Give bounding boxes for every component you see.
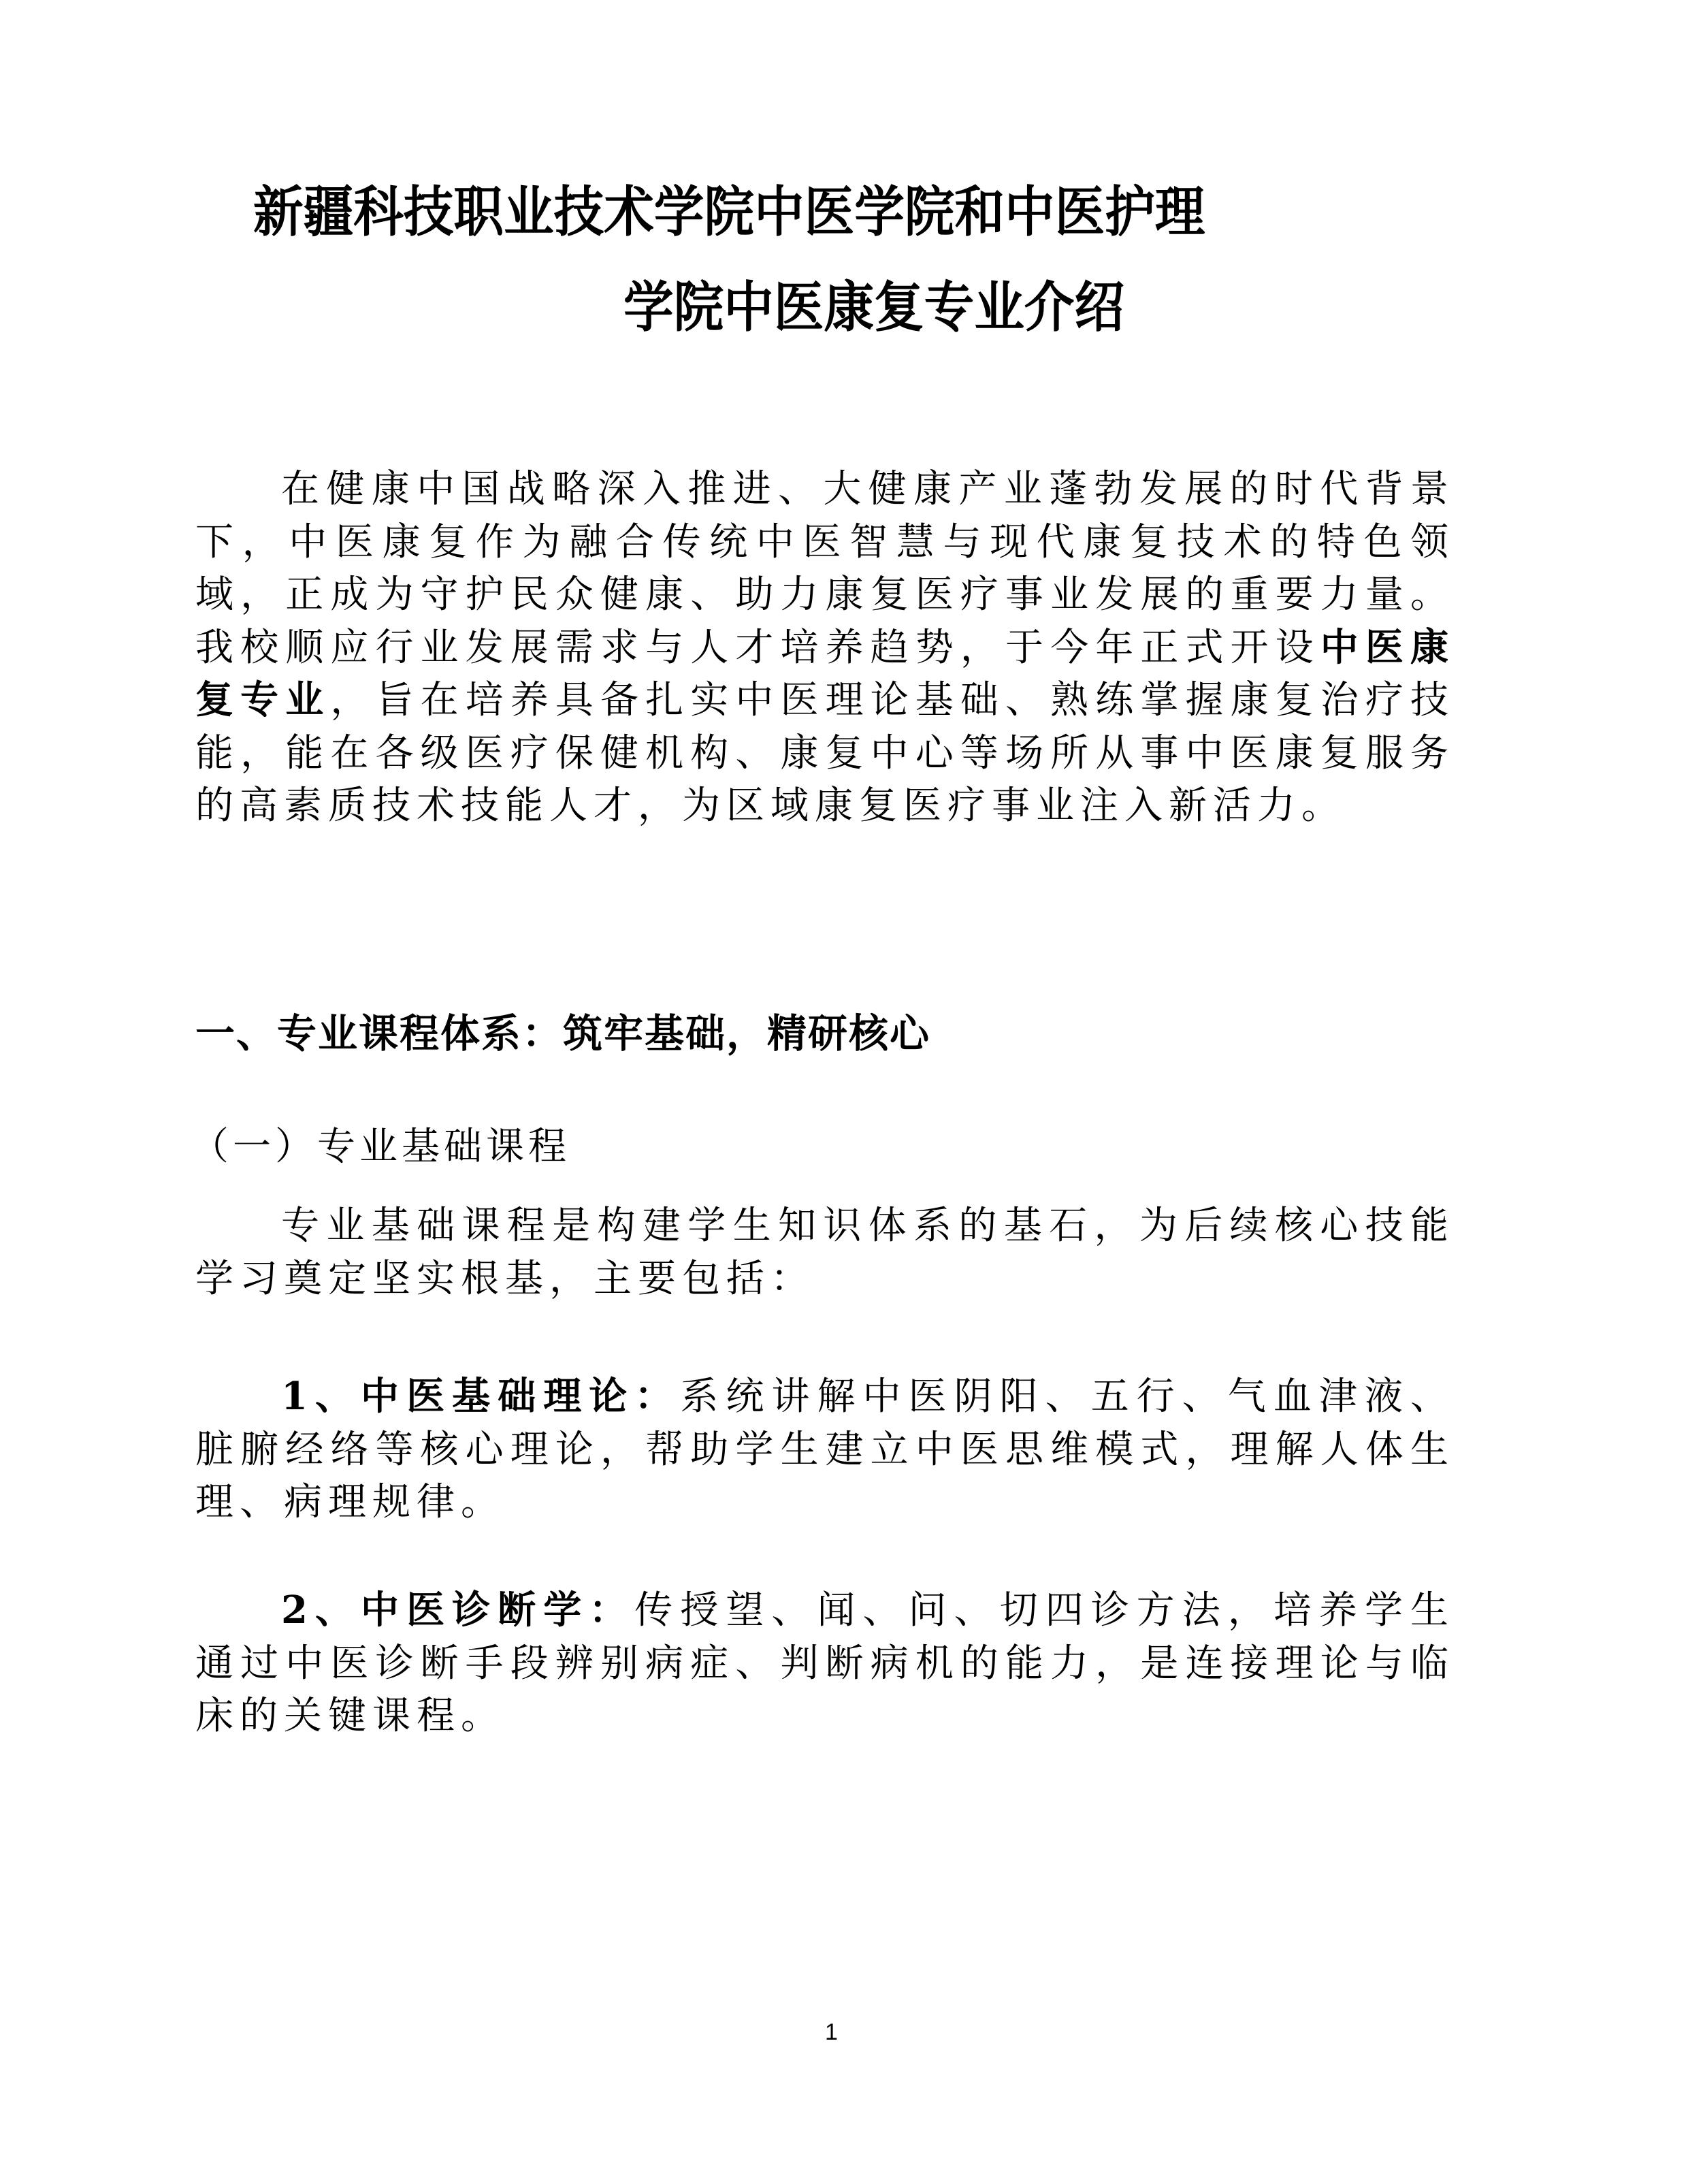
document-title-line-2: 学院中医康复专业介绍 — [623, 274, 1124, 342]
course-item-tcm-diagnostics: 2、中医诊断学：传授望、闻、问、切四诊方法，培养学生通过中医诊断手段辨别病症、判… — [195, 1584, 1455, 1743]
subsection-heading-foundation-courses: （一）专业基础课程 — [191, 1120, 570, 1174]
course-item-tcm-basic-theory: 1、中医基础理论：系统讲解中医阴阳、五行、气血津液、脏腑经络等核心理论，帮助学生… — [195, 1370, 1455, 1529]
foundation-courses-intro: 专业基础课程是构建学生知识体系的基石，为后续核心技能学习奠定坚实根基，主要包括： — [195, 1200, 1455, 1305]
course-item-label: 1、中医基础理论： — [281, 1374, 680, 1419]
document-page: 新疆科技职业技术学院中医学院和中医护理 学院中医康复专业介绍 在健康中国战略深入… — [0, 0, 1688, 2184]
intro-paragraph: 在健康中国战略深入推进、大健康产业蓬勃发展的时代背景下，中医康复作为融合传统中医… — [195, 463, 1455, 833]
intro-text-after: ，旨在培养具备扎实中医理论基础、熟练掌握康复治疗技能，能在各级医疗保健机构、康复… — [195, 678, 1455, 828]
course-item-label: 2、中医诊断学： — [281, 1588, 634, 1633]
page-number: 1 — [825, 2019, 838, 2046]
document-title-line-1: 新疆科技职业技术学院中医学院和中医护理 — [253, 178, 1205, 246]
intro-text-before: 在健康中国战略深入推进、大健康产业蓬勃发展的时代背景下，中医康复作为融合传统中医… — [195, 467, 1455, 670]
section-heading-course-system: 一、专业课程体系：筑牢基础，精研核心 — [195, 1006, 930, 1061]
